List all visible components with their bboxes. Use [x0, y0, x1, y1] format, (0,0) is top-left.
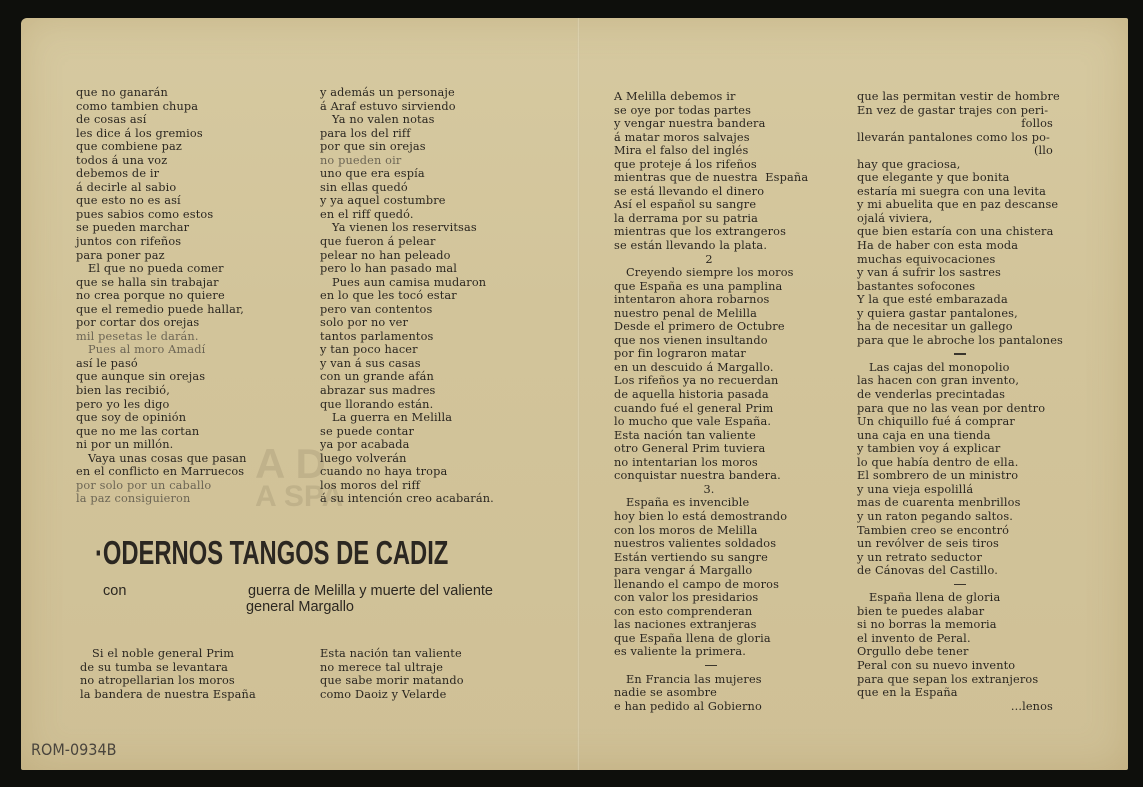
poem-column-3: A Melilla debemos irse oye por todas par… — [614, 90, 808, 713]
poem-line: que sabe morir matando — [320, 674, 464, 688]
poem-line: tantos parlamentos — [320, 330, 494, 344]
poem-line: ha de necesitar un gallego — [857, 320, 1063, 334]
poem-line: que aunque sin orejas — [76, 370, 247, 384]
subtitle-line-1: guerra de Melilla y muerte del valiente — [248, 583, 493, 599]
poem-line: que combiene paz — [76, 140, 247, 154]
poem-line: y una vieja espolillá — [857, 483, 1063, 497]
poem-line: que soy de opinión — [76, 411, 247, 425]
poem-line: pero yo les digo — [76, 398, 247, 412]
poem-line: en un descuido á Margallo. — [614, 361, 808, 375]
poem-line: de venderlas precintadas — [857, 388, 1063, 402]
poem-line: cuando fué el general Prim — [614, 402, 808, 416]
poem-line: mil pesetas le darán. — [76, 330, 247, 344]
poem-line: y quiera gastar pantalones, — [857, 307, 1063, 321]
poem-line: hoy bien lo está demostrando — [614, 510, 808, 524]
poem-line: Esta nación tan valiente — [320, 647, 464, 661]
poem-line: La guerra en Melilla — [320, 411, 494, 425]
center-fold — [577, 18, 580, 770]
poem-line: ya por acabada — [320, 438, 494, 452]
poem-line: que llorando están. — [320, 398, 494, 412]
poem-line: e han pedido al Gobierno — [614, 700, 808, 714]
poem-line: bastantes sofocones — [857, 280, 1063, 294]
document-subtitle: con guerra de Melilla y muerte del valie… — [95, 583, 505, 615]
poem-line: en el riff quedó. — [320, 208, 494, 222]
poem-line: por solo por un caballo — [76, 479, 247, 493]
poem-line: para que le abroche los pantalones — [857, 334, 1063, 348]
poem-column-4: que las permitan vestir de hombreEn vez … — [857, 90, 1063, 713]
poem-line: no crea porque no quiere — [76, 289, 247, 303]
poem-line: Ha de haber con esta moda — [857, 239, 1063, 253]
poem-line: mientras que los extrangeros — [614, 225, 808, 239]
poem-line: de cosas así — [76, 113, 247, 127]
catalog-mark: ROM-0934B — [31, 740, 116, 759]
poem-line: Las cajas del monopolio — [857, 361, 1063, 375]
poem-line: que elegante y que bonita — [857, 171, 1063, 185]
poem-line: para poner paz — [76, 249, 247, 263]
poem-line: nuestro penal de Melilla — [614, 307, 808, 321]
poem-line: lo mucho que vale España. — [614, 415, 808, 429]
poem-line: que nos vienen insultando — [614, 334, 808, 348]
poem-line: un revólver de seis tiros — [857, 537, 1063, 551]
poem-line: bien las recibió, — [76, 384, 247, 398]
poem-line: abrazar sus madres — [320, 384, 494, 398]
stanza-separator — [857, 347, 1063, 361]
poem-line: hay que graciosa, — [857, 158, 1063, 172]
poem-line: con los moros de Melilla — [614, 524, 808, 538]
poem-line: para que no las vean por dentro — [857, 402, 1063, 416]
poem-line: Un chiquillo fué á comprar — [857, 415, 1063, 429]
poem-line: como Daoiz y Velarde — [320, 688, 464, 702]
poem-line: así le pasó — [76, 357, 247, 371]
poem-line: la paz consiguieron — [76, 492, 247, 506]
poem-line: de su tumba se levantara — [80, 661, 256, 675]
poem-line: se están llevando la plata. — [614, 239, 808, 253]
stanza-separator — [857, 578, 1063, 592]
poem-line: las hacen con gran invento, — [857, 374, 1063, 388]
poem-line: la bandera de nuestra España — [80, 688, 256, 702]
poem-line: se oye por todas partes — [614, 104, 808, 118]
poem-line: no pueden oir — [320, 154, 494, 168]
poem-line: Así el español su sangre — [614, 198, 808, 212]
poem-line: España es invencible — [614, 496, 808, 510]
poem-line: Ya no valen notas — [320, 113, 494, 127]
poem-line: las naciones extranjeras — [614, 618, 808, 632]
poem-line: estaría mi suegra con una levita — [857, 185, 1063, 199]
poem-line: en el conflicto en Marruecos — [76, 465, 247, 479]
poem-column-1: que no ganaráncomo tambien chupade cosas… — [76, 86, 247, 506]
poem-line: y además un personaje — [320, 86, 494, 100]
poem-line: Si el noble general Prim — [80, 647, 256, 661]
poem-line: Esta nación tan valiente — [614, 429, 808, 443]
poem-line: España llena de gloria — [857, 591, 1063, 605]
poem-line: ...lenos — [857, 700, 1053, 714]
poem-line: con valor los presidarios — [614, 591, 808, 605]
verse-prim: Si el noble general Primde su tumba se l… — [80, 647, 256, 701]
poem-line: muchas equivocaciones — [857, 253, 1063, 267]
poem-line: pues sabios como estos — [76, 208, 247, 222]
poem-line: no intentarian los moros — [614, 456, 808, 470]
poem-line: de Cánovas del Castillo. — [857, 564, 1063, 578]
poem-line: para los del riff — [320, 127, 494, 141]
poem-line: para que sepan los extranjeros — [857, 673, 1063, 687]
poem-line: Desde el primero de Octubre — [614, 320, 808, 334]
poem-line: á decirle al sabio — [76, 181, 247, 195]
document-title: ·ODERNOS TANGOS DE CADIZ — [95, 534, 448, 572]
poem-line: que proteje á los rifeños — [614, 158, 808, 172]
poem-line: En Francia las mujeres — [614, 673, 808, 687]
poem-line: cuando no haya tropa — [320, 465, 494, 479]
subtitle-line-2: general Margallo — [95, 599, 505, 615]
poem-line: y un raton pegando saltos. — [857, 510, 1063, 524]
poem-line: por cortar dos orejas — [76, 316, 247, 330]
poem-line: Peral con su nuevo invento — [857, 659, 1063, 673]
verse-nacion: Esta nación tan valienteno merece tal ul… — [320, 647, 464, 701]
poem-line: con esto comprenderan — [614, 605, 808, 619]
poem-line: que las permitan vestir de hombre — [857, 90, 1063, 104]
poem-line: pero lo han pasado mal — [320, 262, 494, 276]
poem-line: El que no pueda comer — [76, 262, 247, 276]
poem-line: con un grande afán — [320, 370, 494, 384]
poem-line: que esto no es así — [76, 194, 247, 208]
poem-line: y tambien voy á explicar — [857, 442, 1063, 456]
poem-line: Creyendo siempre los moros — [614, 266, 808, 280]
poem-line: Orgullo debe tener — [857, 645, 1063, 659]
poem-line: solo por no ver — [320, 316, 494, 330]
poem-line: debemos de ir — [76, 167, 247, 181]
poem-line: de aquella historia pasada — [614, 388, 808, 402]
poem-line: como tambien chupa — [76, 100, 247, 114]
poem-line: En vez de gastar trajes con peri- — [857, 104, 1063, 118]
poem-line: lo que había dentro de ella. — [857, 456, 1063, 470]
poem-line: ni por un millón. — [76, 438, 247, 452]
poem-line: Pues aun camisa mudaron — [320, 276, 494, 290]
poem-line: si no borras la memoria — [857, 618, 1063, 632]
poem-line: nadie se asombre — [614, 686, 808, 700]
poem-line: que bien estaría con una chistera — [857, 225, 1063, 239]
poem-line: que no ganarán — [76, 86, 247, 100]
poem-line: que España es una pamplina — [614, 280, 808, 294]
poem-line: pelear no han peleado — [320, 249, 494, 263]
poem-line: el invento de Peral. — [857, 632, 1063, 646]
poem-line: no merece tal ultraje — [320, 661, 464, 675]
poem-line: los moros del riff — [320, 479, 494, 493]
poem-line: Tambien creo se encontró — [857, 524, 1063, 538]
poem-line: (llo — [857, 144, 1053, 158]
poem-line: mas de cuarenta menbrillos — [857, 496, 1063, 510]
poem-line: en lo que les tocó estar — [320, 289, 494, 303]
poem-line: otro General Prim tuviera — [614, 442, 808, 456]
poem-line: ojalá viviera, — [857, 212, 1063, 226]
poem-line: se está llevando el dinero — [614, 185, 808, 199]
poem-line: sin ellas quedó — [320, 181, 494, 195]
poem-line: Vaya unas cosas que pasan — [76, 452, 247, 466]
poem-line: para vengar á Margallo — [614, 564, 808, 578]
poem-line: Mira el falso del inglés — [614, 144, 808, 158]
stanza-separator — [614, 659, 808, 673]
poem-line: que en la España — [857, 686, 1063, 700]
poem-line: El sombrero de un ministro — [857, 469, 1063, 483]
poem-line: por que sin orejas — [320, 140, 494, 154]
poem-line: que no me las cortan — [76, 425, 247, 439]
poem-line: intentaron ahora robarnos — [614, 293, 808, 307]
poem-line: nuestros valientes soldados — [614, 537, 808, 551]
poem-line: á Araf estuvo sirviendo — [320, 100, 494, 114]
poem-line: juntos con rifeños — [76, 235, 247, 249]
poem-line: mientras que de nuestra España — [614, 171, 808, 185]
poem-column-2: y además un personajeá Araf estuvo sirvi… — [320, 86, 494, 506]
poem-line: por fin lograron matar — [614, 347, 808, 361]
poem-line: y tan poco hacer — [320, 343, 494, 357]
poem-line: se puede contar — [320, 425, 494, 439]
poem-line: y van á sus casas — [320, 357, 494, 371]
poem-line: la derrama por su patria — [614, 212, 808, 226]
poem-line: y ya aquel costumbre — [320, 194, 494, 208]
poem-line: y vengar nuestra bandera — [614, 117, 808, 131]
poem-line: es valiente la primera. — [614, 645, 808, 659]
poem-line: á matar moros salvajes — [614, 131, 808, 145]
poem-line: que el remedio puede hallar, — [76, 303, 247, 317]
poem-line: una caja en una tienda — [857, 429, 1063, 443]
poem-line: 3. — [614, 483, 804, 497]
poem-line: follos — [857, 117, 1053, 131]
poem-line: que España llena de gloria — [614, 632, 808, 646]
poem-line: Ya vienen los reservitsas — [320, 221, 494, 235]
poem-line: que se halla sin trabajar — [76, 276, 247, 290]
poem-line: y van á sufrir los sastres — [857, 266, 1063, 280]
poem-line: llenando el campo de moros — [614, 578, 808, 592]
poem-line: Pues al moro Amadí — [76, 343, 247, 357]
poem-line: les dice á los gremios — [76, 127, 247, 141]
poem-line: se pueden marchar — [76, 221, 247, 235]
poem-line: todos á una voz — [76, 154, 247, 168]
poem-line: A Melilla debemos ir — [614, 90, 808, 104]
poem-line: á su intención creo acabarán. — [320, 492, 494, 506]
poem-line: y un retrato seductor — [857, 551, 1063, 565]
poem-line: conquistar nuestra bandera. — [614, 469, 808, 483]
poem-line: luego volverán — [320, 452, 494, 466]
subtitle-con: con — [103, 583, 126, 599]
poem-line: bien te puedes alabar — [857, 605, 1063, 619]
poem-line: no atropellarian los moros — [80, 674, 256, 688]
poem-line: y mi abuelita que en paz descanse — [857, 198, 1063, 212]
poem-line: que fueron á pelear — [320, 235, 494, 249]
poem-line: 2 — [614, 253, 804, 267]
poem-line: Están vertiendo su sangre — [614, 551, 808, 565]
poem-line: Los rifeños ya no recuerdan — [614, 374, 808, 388]
poem-line: llevarán pantalones como los po- — [857, 131, 1063, 145]
poem-line: uno que era espía — [320, 167, 494, 181]
poem-line: pero van contentos — [320, 303, 494, 317]
poem-line: Y la que esté embarazada — [857, 293, 1063, 307]
